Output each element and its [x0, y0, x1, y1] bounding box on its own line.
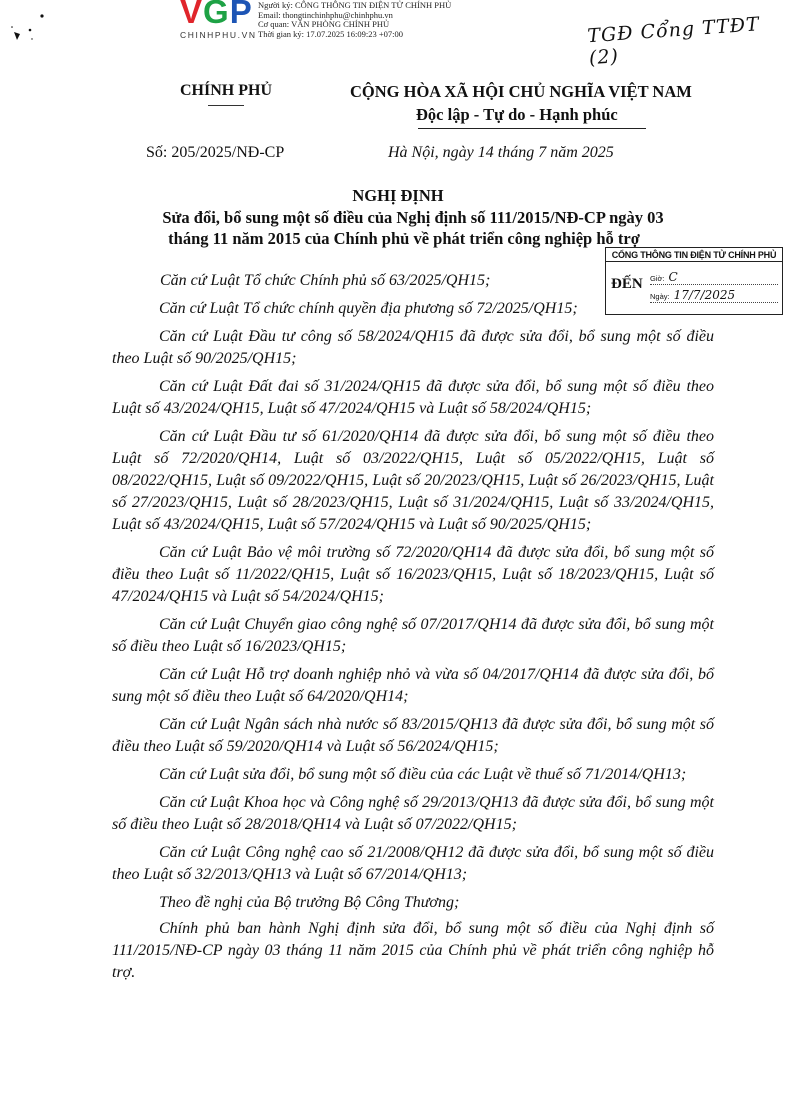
paragraph: Căn cứ Luật Chuyển giao công nghệ số 07/… [112, 614, 714, 658]
paragraph: Căn cứ Luật Bảo vệ môi trường số 72/2020… [112, 542, 714, 608]
document-number: Số: 205/2025/NĐ-CP [146, 144, 284, 162]
scan-specks [8, 10, 48, 50]
vgp-subtitle: CHINHPHU.VN [180, 30, 257, 40]
subject-line-1: Sửa đổi, bổ sung một số điều của Nghị đị… [0, 207, 796, 228]
digital-signature: VGP CHINHPHU.VN Người ký: CÔNG THÔNG TIN… [180, 0, 500, 44]
paragraph: Căn cứ Luật Đầu tư công số 58/2024/QH15 … [112, 326, 714, 370]
paragraph: Căn cứ Luật Tổ chức chính quyền địa phươ… [112, 298, 714, 320]
issuer: CHÍNH PHỦ [180, 82, 272, 100]
handwritten-note: TGĐ Cổng TTĐT (2) [587, 11, 796, 69]
paragraph: Căn cứ Luật Hỗ trợ doanh nghiệp nhỏ và v… [112, 664, 714, 708]
national-title: CỘNG HÒA XÃ HỘI CHỦ NGHĨA VIỆT NAM [350, 82, 692, 102]
paragraph: Căn cứ Luật sửa đổi, bổ sung một số điều… [112, 764, 714, 786]
place-date: Hà Nội, ngày 14 tháng 7 năm 2025 [388, 144, 614, 162]
national-motto: Độc lập - Tự do - Hạnh phúc [416, 105, 618, 125]
issuer-underline [208, 105, 244, 106]
paragraph: Căn cứ Luật Khoa học và Công nghệ số 29/… [112, 792, 714, 836]
document-type: NGHỊ ĐỊNH [0, 186, 796, 206]
paragraph: Căn cứ Luật Công nghệ cao số 21/2008/QH1… [112, 842, 714, 886]
stamp-title: CỔNG THÔNG TIN ĐIỆN TỬ CHÍNH PHỦ [606, 248, 782, 262]
signature-details: Người ký: CÔNG THÔNG TIN ĐIỆN TỬ CHÍNH P… [258, 1, 451, 39]
paragraph: Căn cứ Luật Ngân sách nhà nước số 83/201… [112, 714, 714, 758]
paragraph: Căn cứ Luật Đầu tư số 61/2020/QH14 đã đư… [112, 426, 714, 536]
vgp-logo: VGP [180, 0, 253, 30]
paragraph: Căn cứ Luật Đất đai số 31/2024/QH15 đã đ… [112, 376, 714, 420]
sign-time-line: Thời gian ký: 17.07.2025 16:09:23 +07:00 [258, 30, 451, 40]
paragraph: Chính phủ ban hành Nghị định sửa đổi, bổ… [112, 918, 714, 984]
document-body: Căn cứ Luật Tổ chức Chính phủ số 63/2025… [112, 270, 714, 990]
subject-line-2: tháng 11 năm 2015 của Chính phủ về phát … [0, 228, 796, 249]
document-subject: Sửa đổi, bổ sung một số điều của Nghị đị… [0, 207, 796, 249]
paragraph: Căn cứ Luật Tổ chức Chính phủ số 63/2025… [112, 270, 714, 292]
motto-underline [418, 128, 646, 129]
paragraph: Theo đề nghị của Bộ trưởng Bộ Công Thươn… [112, 892, 714, 914]
